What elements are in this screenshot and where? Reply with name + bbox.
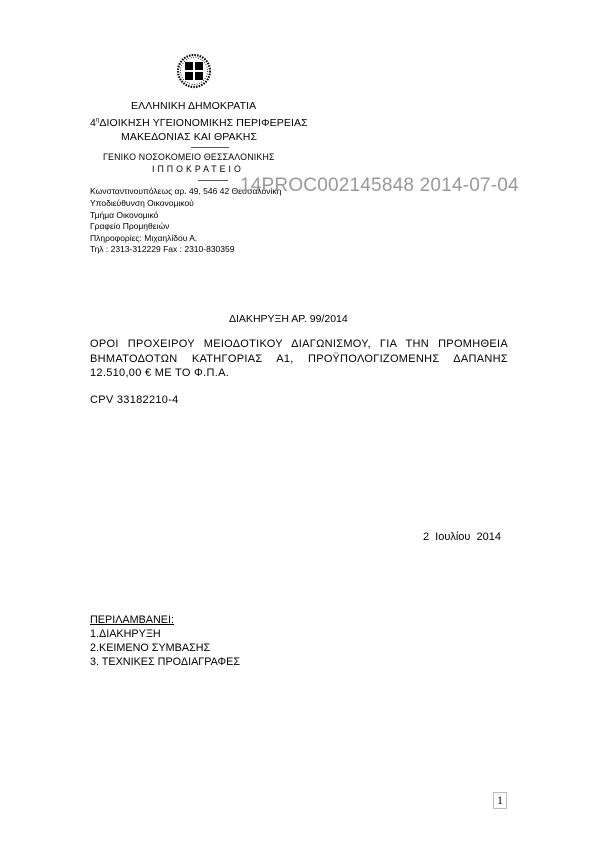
greek-coat-of-arms-icon <box>176 53 212 89</box>
header-region-name: ΜΑΚΕΔΟΝΙΑΣ ΚΑΙ ΘΡΑΚΗΣ <box>121 131 257 143</box>
address-office: Γραφείο Προμηθειών <box>90 221 169 233</box>
contents-heading: ΠΕΡΙΛΑΜΒΑΝΕΙ: <box>90 613 174 627</box>
header-divider-2 <box>198 180 228 181</box>
document-title: ΔΙΑΚΗΡΥΞΗ ΑΡ. 99/2014 <box>229 313 348 325</box>
contents-item: 2.ΚΕΙΜΕΝΟ ΣΥΜΒΑΣΗΣ <box>90 641 210 655</box>
header-region-label: ΔΙΟΙΚΗΣΗ ΥΓΕΙΟΝΟΜΙΚΗΣ ΠΕΡΙΦΕΡΕΙΑΣ <box>99 117 307 129</box>
document-date: 2 Ιουλίου 2014 <box>423 531 501 543</box>
cpv-code: CPV 33182210-4 <box>90 394 179 406</box>
address-contact: Πληροφορίες: Μιχαηλίδου Α. <box>90 233 197 245</box>
address-department: Τμήμα Οικονομικό <box>90 210 158 222</box>
header-health-region: 4ηΔΙΟΙΚΗΣΗ ΥΓΕΙΟΝΟΜΙΚΗΣ ΠΕΡΙΦΕΡΕΙΑΣ <box>90 117 308 129</box>
address-subdivision: Υποδιεύθυνση Οικονομικού <box>90 198 194 210</box>
subject-line-1: ΟΡΟΙ ΠΡΟΧΕΙΡΟΥ ΜΕΙΟΔΟΤΙΚΟΥ ΔΙΑΓΩΝΙΣΜΟΥ, … <box>90 337 508 352</box>
document-subject: ΟΡΟΙ ΠΡΟΧΕΙΡΟΥ ΜΕΙΟΔΟΤΙΚΟΥ ΔΙΑΓΩΝΙΣΜΟΥ, … <box>90 337 508 381</box>
header-country: ΕΛΛΗΝΙΚΗ ΔΗΜΟΚΡΑΤΙΑ <box>131 100 256 112</box>
page-number: 1 <box>493 792 507 809</box>
contents-item: 1.ΔΙΑΚΗΡΥΞΗ <box>90 627 161 641</box>
document-stamp-watermark: 14PROC002145848 2014-07-04 <box>240 175 519 197</box>
subject-line-3: 12.510,00 € ΜΕ ΤΟ Φ.Π.Α. <box>90 366 508 381</box>
address-phone-fax: Τηλ : 2313-312229 Fax : 2310-830359 <box>90 244 234 256</box>
contents-item: 3. ΤΕΧΝΙΚΕΣ ΠΡΟΔΙΑΓΡΑΦΕΣ <box>90 655 240 669</box>
header-hospital-name: ΙΠΠΟΚΡΑΤΕΙΟ <box>152 164 244 174</box>
header-divider <box>191 147 229 148</box>
subject-line-2: ΒΗΜΑΤΟΔΟΤΩΝ ΚΑΤΗΓΟΡΙΑΣ Α1, ΠΡΟΫΠΟΛΟΓΙΖΟΜ… <box>90 352 508 367</box>
header-hospital: ΓΕΝΙΚΟ ΝΟΣΟΚΟΜΕΙΟ ΘΕΣΣΑΛΟΝΙΚΗΣ <box>103 152 275 162</box>
